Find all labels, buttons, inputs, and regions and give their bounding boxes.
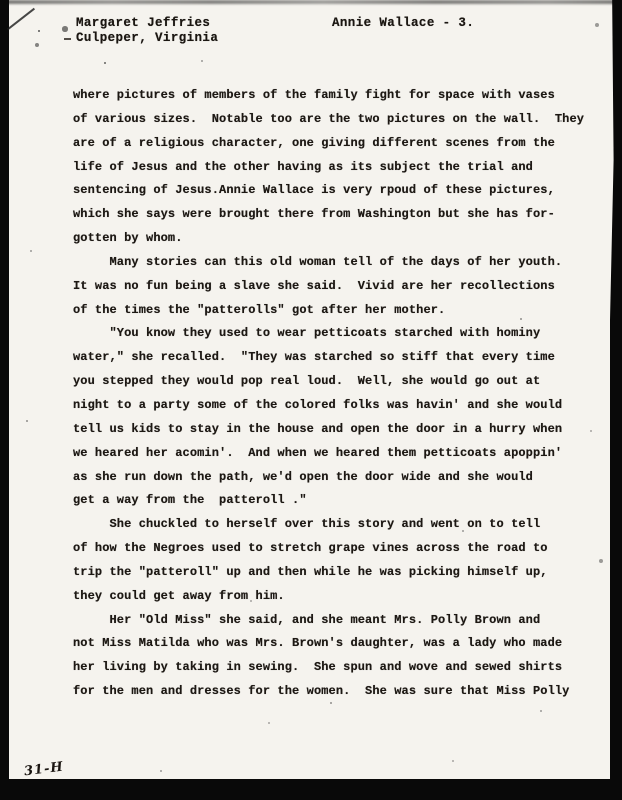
text-line: where pictures of members of the family … <box>73 84 603 108</box>
text-line: we heared her acomin'. And when we heare… <box>73 442 603 466</box>
author-block: Margaret JeffriesCulpeper, Virginia <box>76 16 218 46</box>
handwritten-page-mark: 31-H <box>23 760 64 780</box>
text-line: She chuckled to herself over this story … <box>73 513 603 537</box>
text-line: Many stories can this old woman tell of … <box>73 251 603 275</box>
text-line: for the men and dresses for the women. S… <box>73 680 603 704</box>
stray-typewriter-mark <box>64 38 71 40</box>
text-line: not Miss Matilda who was Mrs. Brown's da… <box>73 632 603 656</box>
scan-noise-speckles <box>0 0 2 2</box>
scan-edge-bottom <box>0 779 622 800</box>
scan-edge-top <box>0 0 622 4</box>
scanned-document-page: Margaret JeffriesCulpeper, Virginia Anni… <box>0 0 622 800</box>
text-line: they could get away from him. <box>73 585 603 609</box>
text-line: gotten by whom. <box>73 227 603 251</box>
text-line: Her "Old Miss" she said, and she meant M… <box>73 609 603 633</box>
text-line: of the times the "patterolls" got after … <box>73 299 603 323</box>
text-line: night to a party some of the colored fol… <box>73 394 603 418</box>
text-line: sentencing of Jesus.Annie Wallace is ver… <box>73 179 603 203</box>
text-line: tell us kids to stay in the house and op… <box>73 418 603 442</box>
author-location: Culpeper, Virginia <box>76 31 218 45</box>
text-line: of how the Negroes used to stretch grape… <box>73 537 603 561</box>
document-title: Annie Wallace - 3. <box>332 16 474 30</box>
text-line: trip the "patteroll" up and then while h… <box>73 561 603 585</box>
body-text: where pictures of members of the family … <box>73 84 603 704</box>
text-line: of various sizes. Notable too are the tw… <box>73 108 603 132</box>
text-line: It was no fun being a slave she said. Vi… <box>73 275 603 299</box>
scan-edge-left <box>0 0 9 800</box>
text-line: you stepped they would pop real loud. We… <box>73 370 603 394</box>
author-name: Margaret Jeffries <box>76 16 210 30</box>
text-line: "You know they used to wear petticoats s… <box>73 322 603 346</box>
text-line: which she says were brought there from W… <box>73 203 603 227</box>
text-line: life of Jesus and the other having as it… <box>73 156 603 180</box>
text-line: water," she recalled. "They was starched… <box>73 346 603 370</box>
scan-edge-right <box>610 0 622 800</box>
text-line: are of a religious character, one giving… <box>73 132 603 156</box>
text-line: her living by taking in sewing. She spun… <box>73 656 603 680</box>
text-line: get a way from the patteroll ." <box>73 489 603 513</box>
page-fold-mark <box>7 8 35 31</box>
text-line: as she run down the path, we'd open the … <box>73 466 603 490</box>
